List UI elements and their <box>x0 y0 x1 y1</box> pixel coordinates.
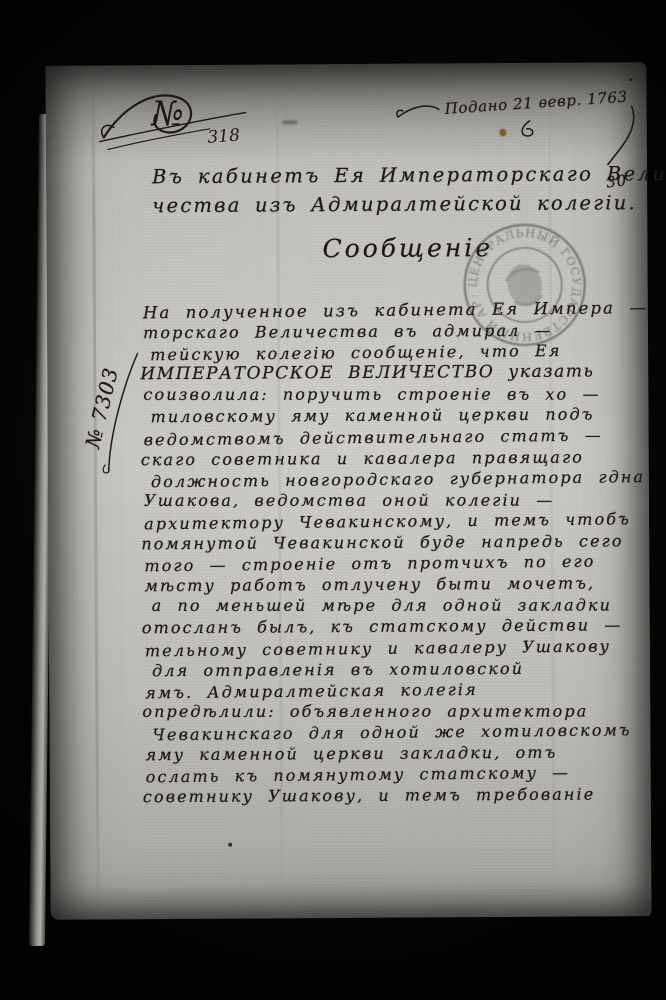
received-swash-icon <box>395 100 440 121</box>
photo-frame: № 318 Подано 21 ѳевр. 1763 30 Въ кабинет… <box>0 0 666 1000</box>
registration-flourish-icon: № 318 <box>95 76 281 159</box>
received-note-text: Подано 21 ѳевр. 1763 <box>444 88 628 118</box>
registration-symbol: № <box>150 94 184 134</box>
margin-register-number: № 7303 <box>74 339 145 481</box>
manuscript-line: опредѣлили: объявленного архитектора <box>142 700 651 722</box>
manuscript-line: соизволила: поручить строеніе въ хо — <box>143 384 649 406</box>
manuscript-line: ИМПЕРАТОРСКОЕ ВЕЛИЧЕСТВО указать <box>140 361 649 385</box>
ink-speck <box>282 120 298 124</box>
manuscript-line: советнику Ушакову, и темъ требованіе <box>143 783 652 807</box>
manuscript-line: а по меньшей мѣре для одной закладки <box>152 595 651 617</box>
manuscript-line: должность новгородскаго губернатора гдна <box>151 466 650 492</box>
manuscript-line: мѣсту работъ отлучену быти мочетъ, <box>145 572 651 596</box>
ink-speck <box>228 843 232 847</box>
paper-crease <box>91 66 99 920</box>
manuscript-line: ямъ. Адмиралтейская колегія <box>145 677 651 703</box>
registration-number: 318 <box>207 125 241 147</box>
year-flourish-icon <box>604 104 636 168</box>
heading-line-1: Въ кабинетъ Ея Императорскаго Вели= <box>152 162 644 188</box>
ink-speck <box>500 129 506 136</box>
body-text: На полученное изъ кабинета Ея Импера — т… <box>143 298 652 807</box>
manuscript-page: № 318 Подано 21 ѳевр. 1763 30 Въ кабинет… <box>45 62 651 920</box>
manuscript-line: Ушакова, ведомства оной колегіи — <box>144 489 650 511</box>
paraph-icon <box>514 119 540 141</box>
